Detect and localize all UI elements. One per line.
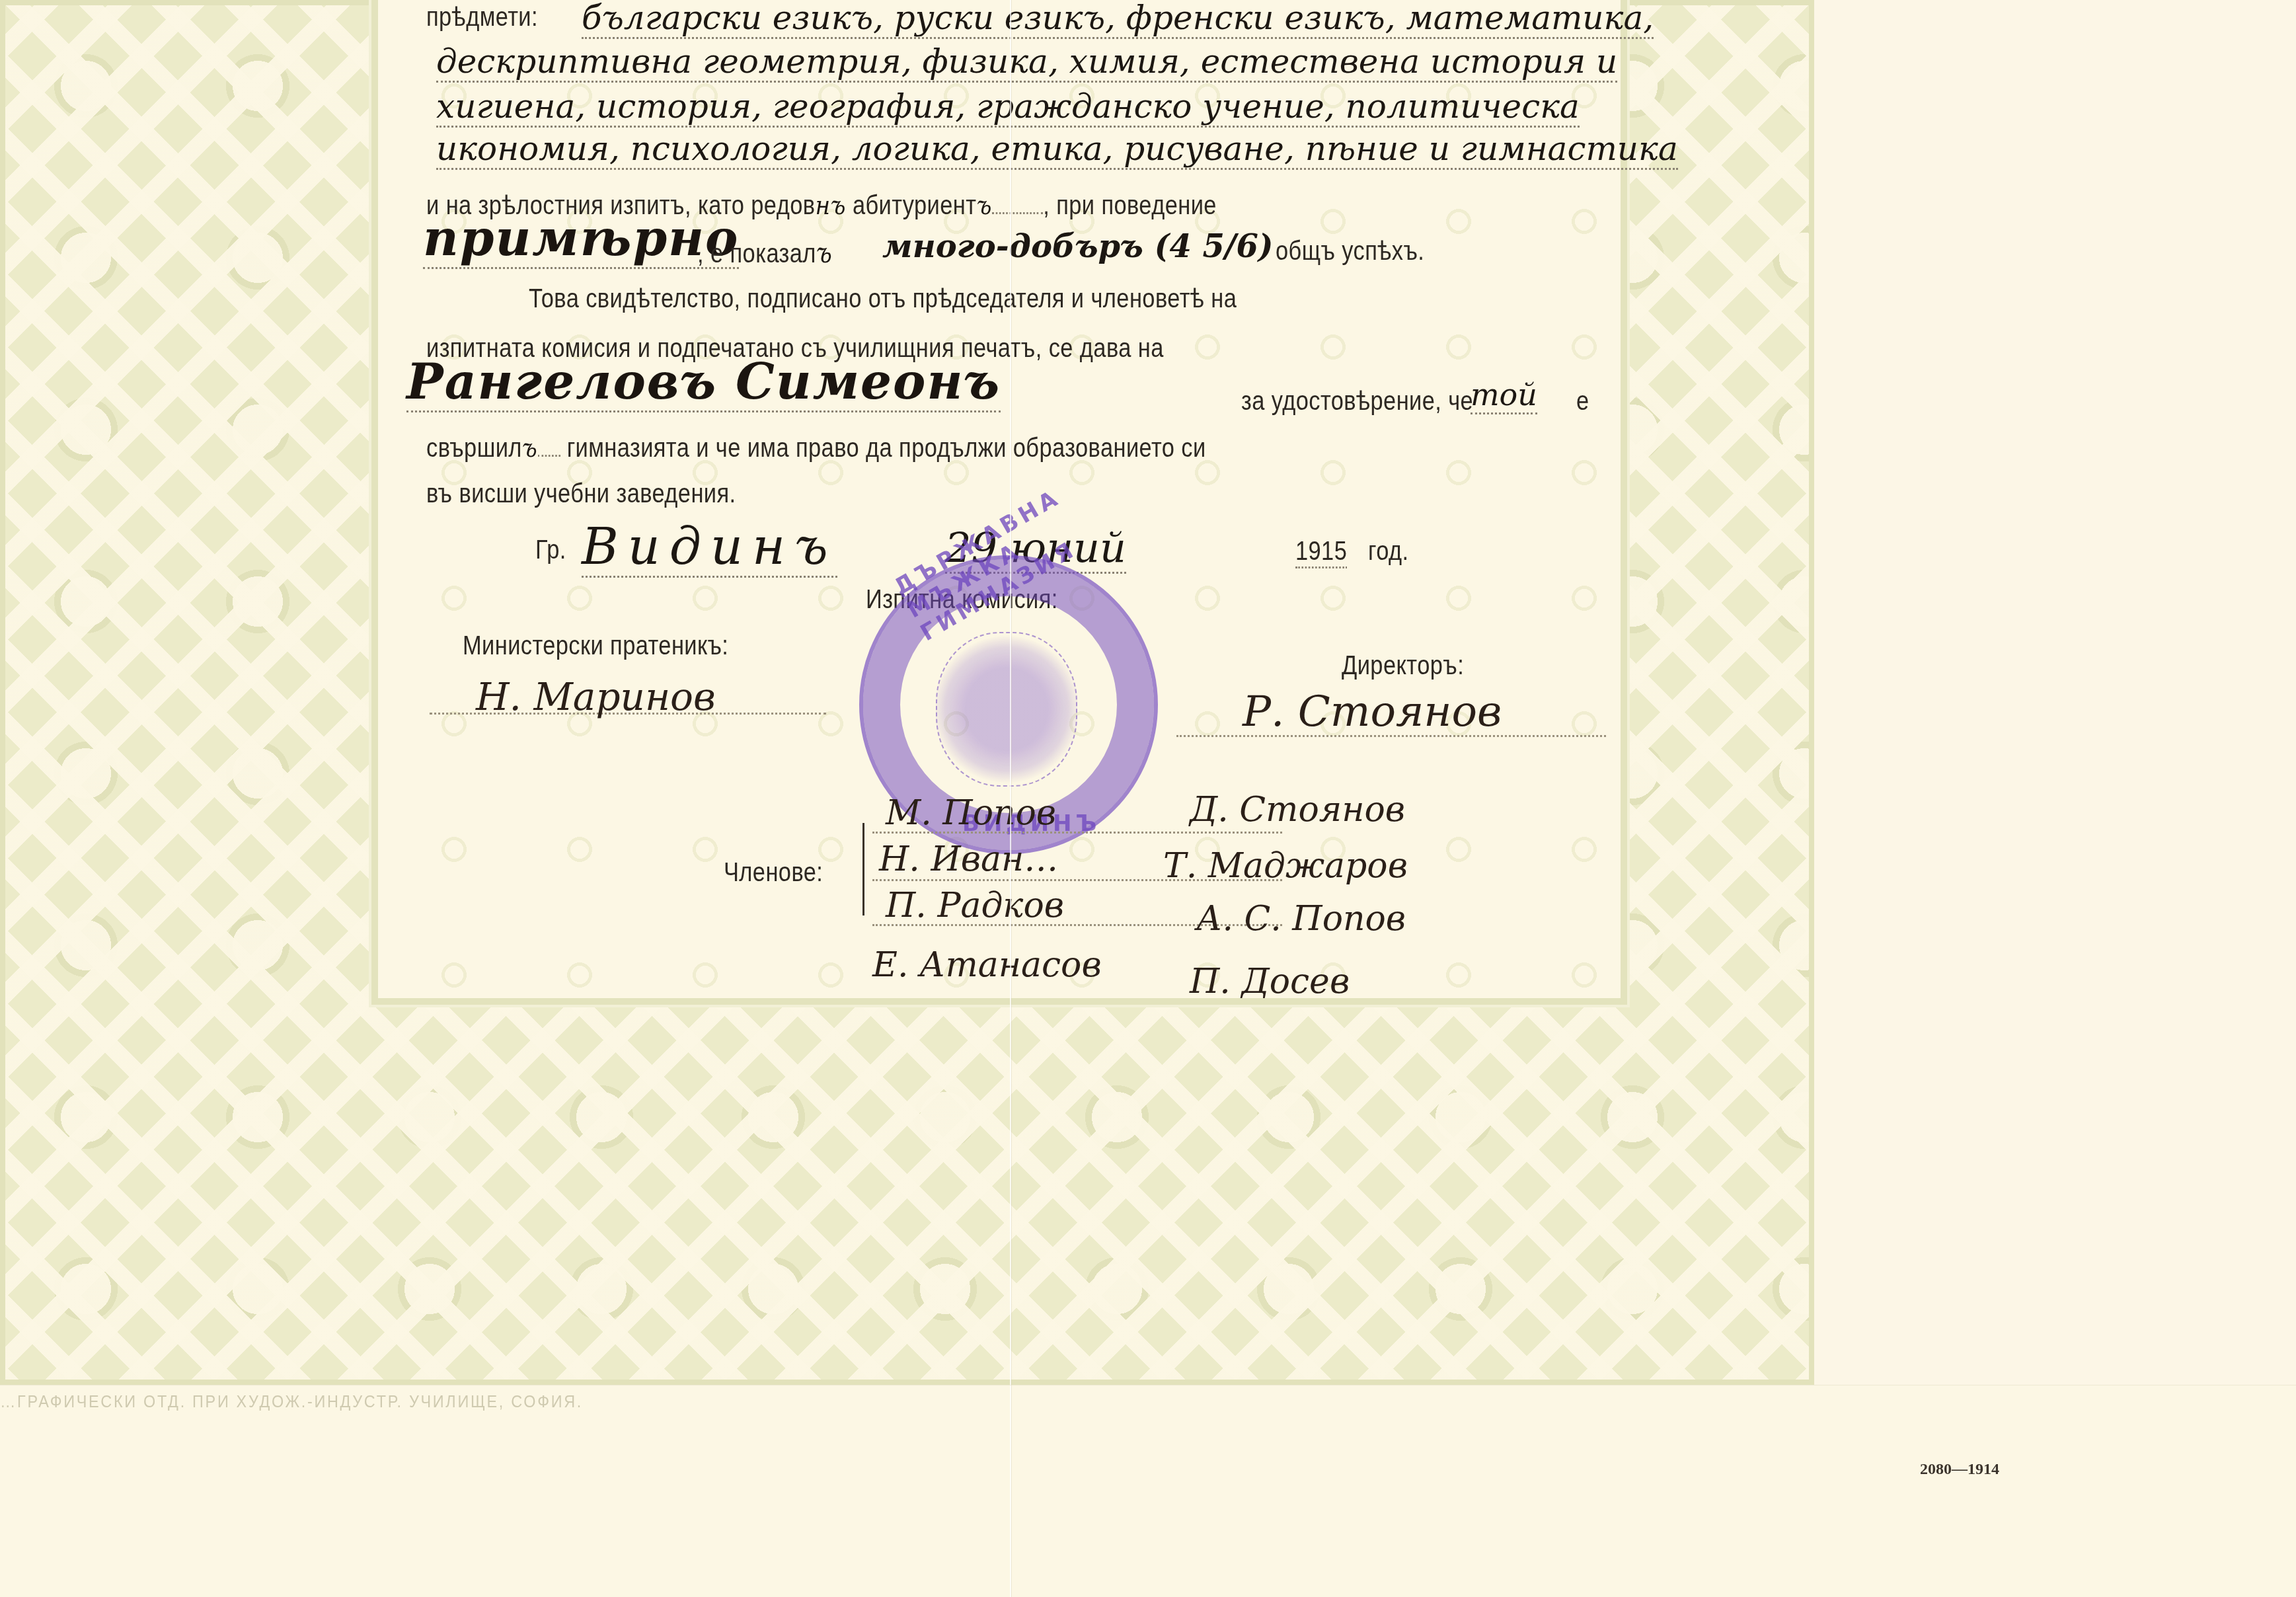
subjects-line-4: икономия, психология, логика, етика, рис… [436,130,1678,170]
print-run-code: 2080—1914 [1920,1461,1999,1479]
member-signature-3: П. Радков [886,886,1064,925]
text-line-11: въ висши учебни заведения. [426,479,736,509]
member-signature-8: П. Досев [1190,962,1350,1001]
blank-margin [1814,0,2296,1385]
text-line-9: за удостовѣрение, че [1241,387,1473,416]
text-line-7: Това свидѣтелство, подписано отъ прѣдсед… [529,284,1237,314]
text-line-10: свършилъ гимназията и че има право да пр… [426,433,1206,463]
year: 1915 [1295,537,1347,568]
text-line-9-end: е [1576,387,1589,416]
paper-fold-vertical [1010,0,1011,1597]
member-signature-1: М. Попов [886,793,1056,833]
director-label: Директоръ: [1342,651,1464,681]
overall-grade-handwritten: много-добъръ (4 5/6) [882,228,1274,265]
member-signature-6: Т. Маджаров [1163,846,1408,886]
text-line-6: , е показалъ [697,237,832,269]
text-line-6-end: общъ успѣхъ. [1276,237,1424,266]
member-signature-4: Е. Атанасов [872,945,1102,985]
members-label: Членове: [724,858,823,888]
printer-imprint: …ГРАФИЧЕСКИ ОТД. ПРИ ХУДОЖ.-ИНДУСТР. УЧИ… [0,1391,583,1412]
year-suffix: год. [1368,537,1409,566]
student-name-handwritten: Рангеловъ Симеонъ [406,354,1001,412]
subjects-line-3: хигиена, история, география, гражданско … [436,87,1580,128]
subjects-line-1: български езикъ, руски езикъ, френски ез… [582,0,1654,39]
director-signature: Р. Стоянов [1243,687,1502,736]
conduct-handwritten: примѣрно [423,210,739,269]
coat-of-arms-icon [936,632,1077,787]
subjects-label: прѣдмети: [426,3,538,32]
city-prefix: Гр. [535,535,566,565]
minister-label: Министерски пратеникъ: [463,631,728,661]
pronoun-handwritten: той [1471,377,1537,414]
city-handwritten: Видинъ [582,517,837,578]
paper-fold-horizontal [0,1385,2296,1385]
subjects-line-2: дескриптивна геометрия, физика, химия, е… [436,42,1617,83]
members-brace [862,823,870,915]
minister-signature: Н. Маринов [476,674,716,719]
member-signature-7: А. С. Попов [1196,899,1406,939]
member-signature-2: Н. Иван… [879,839,1058,879]
member-signature-5: Д. Стоянов [1190,790,1405,830]
